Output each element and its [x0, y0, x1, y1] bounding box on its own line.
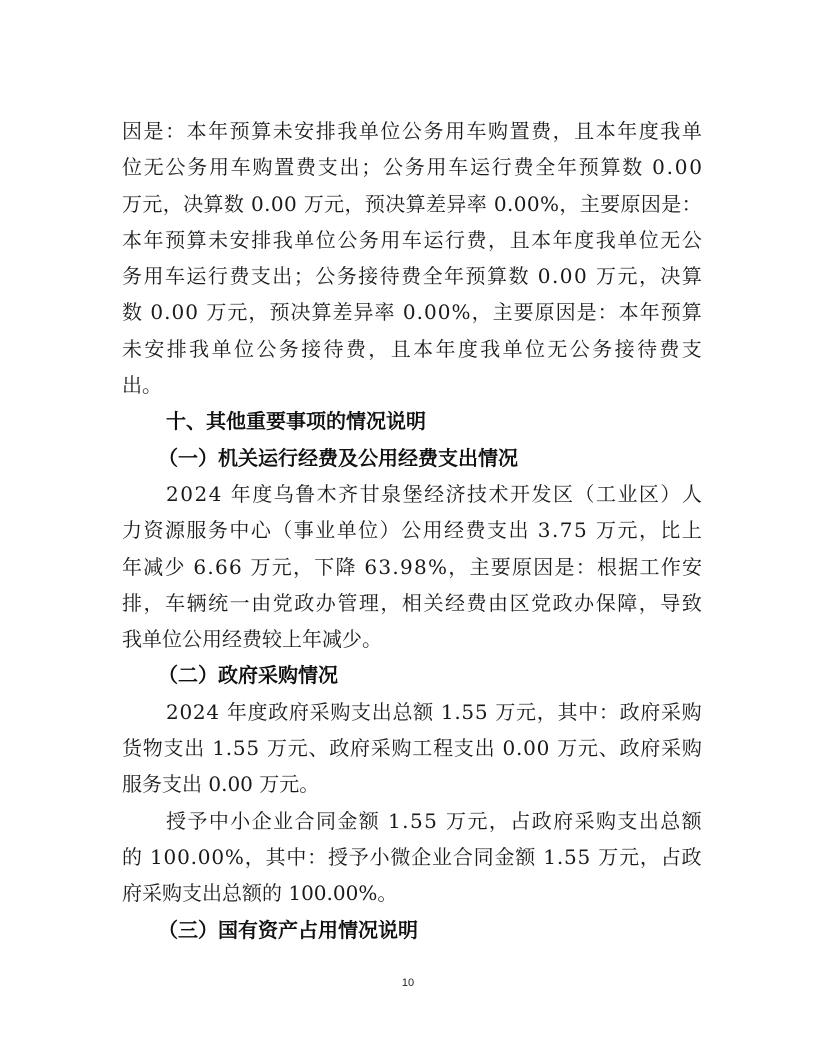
paragraph-vehicle-expenses: 因是：本年预算未安排我单位公务用车购置费，且本年度我单 位无公务用车购置费支出；…: [122, 113, 702, 403]
text-line: 位无公务用车购置费支出；公务用车运行费全年预算数 0.00: [122, 149, 702, 185]
text-line: 我单位公用经费较上年减少。: [122, 621, 702, 657]
text-line: 务用车运行费支出；公务接待费全年预算数 0.00 万元，决算: [122, 258, 702, 294]
subheading-government-procurement: （二）政府采购情况: [122, 657, 702, 693]
text-line: 货物支出 1.55 万元、政府采购工程支出 0.00 万元、政府采购: [122, 730, 702, 766]
subheading-operating-expenses: （一）机关运行经费及公用经费支出情况: [122, 440, 702, 476]
text-line: 府采购支出总额的 100.00%。: [122, 875, 702, 911]
text-line: 服务支出 0.00 万元。: [122, 766, 702, 802]
text-line: 2024 年度政府采购支出总额 1.55 万元，其中：政府采购: [122, 694, 702, 730]
paragraph-procurement-total: 2024 年度政府采购支出总额 1.55 万元，其中：政府采购 货物支出 1.5…: [122, 694, 702, 803]
text-line: 未安排我单位公务接待费，且本年度我单位无公务接待费支: [122, 331, 702, 367]
text-line: 万元，决算数 0.00 万元，预决算差异率 0.00%，主要原因是：: [122, 186, 702, 222]
text-line: 出。: [122, 367, 702, 403]
text-line: 的 100.00%，其中：授予小微企业合同金额 1.55 万元，占政: [122, 839, 702, 875]
text-line: 因是：本年预算未安排我单位公务用车购置费，且本年度我单: [122, 113, 702, 149]
text-line: 本年预算未安排我单位公务用车运行费，且本年度我单位无公: [122, 222, 702, 258]
page-number: 10: [0, 977, 816, 989]
text-line: 年减少 6.66 万元，下降 63.98%，主要原因是：根据工作安: [122, 549, 702, 585]
subheading-state-assets: （三）国有资产占用情况说明: [122, 912, 702, 948]
paragraph-sme-contracts: 授予中小企业合同金额 1.55 万元，占政府采购支出总额 的 100.00%，其…: [122, 803, 702, 912]
text-line: 力资源服务中心（事业单位）公用经费支出 3.75 万元，比上: [122, 512, 702, 548]
text-line: 2024 年度乌鲁木齐甘泉堡经济技术开发区（工业区）人: [122, 476, 702, 512]
text-line: 数 0.00 万元，预决算差异率 0.00%，主要原因是：本年预算: [122, 294, 702, 330]
text-line: 排，车辆统一由党政办管理，相关经费由区党政办保障，导致: [122, 585, 702, 621]
text-line: 授予中小企业合同金额 1.55 万元，占政府采购支出总额: [122, 803, 702, 839]
document-page: 因是：本年预算未安排我单位公务用车购置费，且本年度我单 位无公务用车购置费支出；…: [0, 0, 816, 1056]
section-heading-10: 十、其他重要事项的情况说明: [122, 403, 702, 439]
document-body: 因是：本年预算未安排我单位公务用车购置费，且本年度我单 位无公务用车购置费支出；…: [122, 113, 702, 948]
paragraph-public-expenses: 2024 年度乌鲁木齐甘泉堡经济技术开发区（工业区）人 力资源服务中心（事业单位…: [122, 476, 702, 657]
